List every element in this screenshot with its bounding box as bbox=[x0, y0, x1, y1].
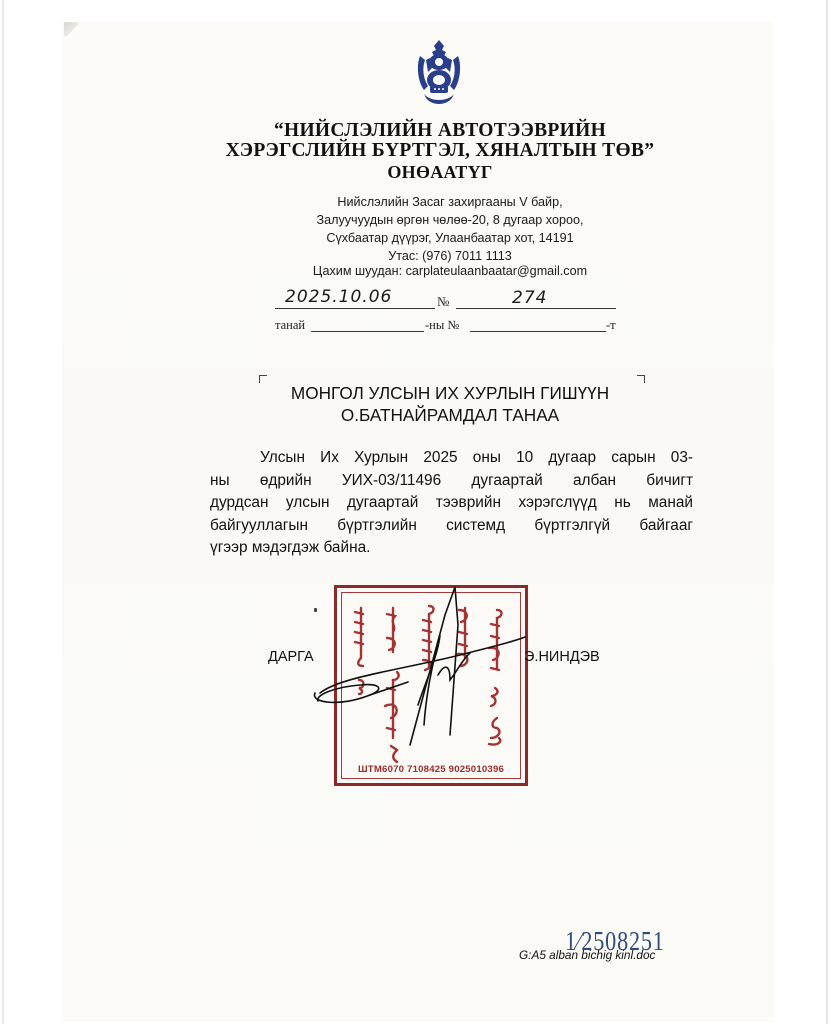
your-ref-underline bbox=[311, 331, 424, 332]
body-line: ны өдрийн УИХ-03/11496 дугаартай албан б… bbox=[210, 470, 693, 493]
letter-date: 2025.10.06 bbox=[285, 287, 392, 307]
your-number-underline bbox=[470, 331, 606, 332]
organization-name: “НИЙСЛЭЛИЙН АВТОТЭЭВРИЙН bbox=[200, 121, 680, 141]
body-line: байгууллагын бүртгэлийн системд бүртгэлг… bbox=[210, 515, 693, 538]
suffix-label: -т bbox=[606, 318, 616, 333]
address-line: Нийслэлийн Засаг захиргааны V байр, bbox=[240, 193, 660, 211]
number-label: № bbox=[437, 294, 449, 310]
email-line: Цахим шуудан: carplateulaanbaatar@gmail.… bbox=[240, 262, 660, 280]
state-emblem-icon bbox=[414, 38, 464, 110]
signatory-name: Э.НИНДЭВ bbox=[524, 649, 600, 665]
body-line: дурдсан улсын дугаартай тээврийн хэрэгсл… bbox=[210, 492, 693, 515]
address-line: Сүхбаатар дүүрэг, Улаанбаатар хот, 14191 bbox=[240, 229, 660, 247]
your-ref-label: танай bbox=[275, 318, 305, 333]
handwritten-signature bbox=[300, 585, 540, 750]
recipient-title: МОНГОЛ УЛСЫН ИХ ХУРЛЫН ГИШҮҮН bbox=[240, 382, 660, 404]
recipient-name: О.БАТНАЙРАМДАЛ ТАНАА bbox=[240, 404, 660, 426]
letter-body: Улсын Их Хурлын 2025 оны 10 дугаар сарын… bbox=[210, 447, 693, 560]
page-edge bbox=[826, 0, 828, 1024]
date-underline bbox=[275, 308, 435, 309]
address-line: Залуучуудын өргөн чөлөө-20, 8 дугаар хор… bbox=[240, 211, 660, 229]
body-line: Улсын Их Хурлын 2025 оны 10 дугаар сарын… bbox=[210, 447, 693, 470]
number-underline bbox=[456, 308, 616, 309]
organization-type: ОНӨААТҮГ bbox=[200, 162, 680, 182]
stamp-code: ШТМ6070 7108425 9025010396 bbox=[337, 764, 525, 775]
page-edge bbox=[2, 0, 4, 1024]
letter-number: 274 bbox=[512, 288, 547, 308]
file-reference: G:A5 alban bichig kinl.doc bbox=[519, 948, 655, 962]
document-page: “НИЙСЛЭЛИЙН АВТОТЭЭВРИЙН ХЭРЭГСЛИЙН БҮРТ… bbox=[0, 0, 830, 1024]
your-number-label: -ны № bbox=[425, 318, 459, 333]
organization-name: ХЭРЭГСЛИЙН БҮРТГЭЛ, ХЯНАЛТЫН ТӨВ” bbox=[200, 141, 680, 161]
paper-corner-shadow bbox=[64, 22, 78, 36]
body-line: үгээр мэдэгдэж байна. bbox=[210, 537, 693, 560]
